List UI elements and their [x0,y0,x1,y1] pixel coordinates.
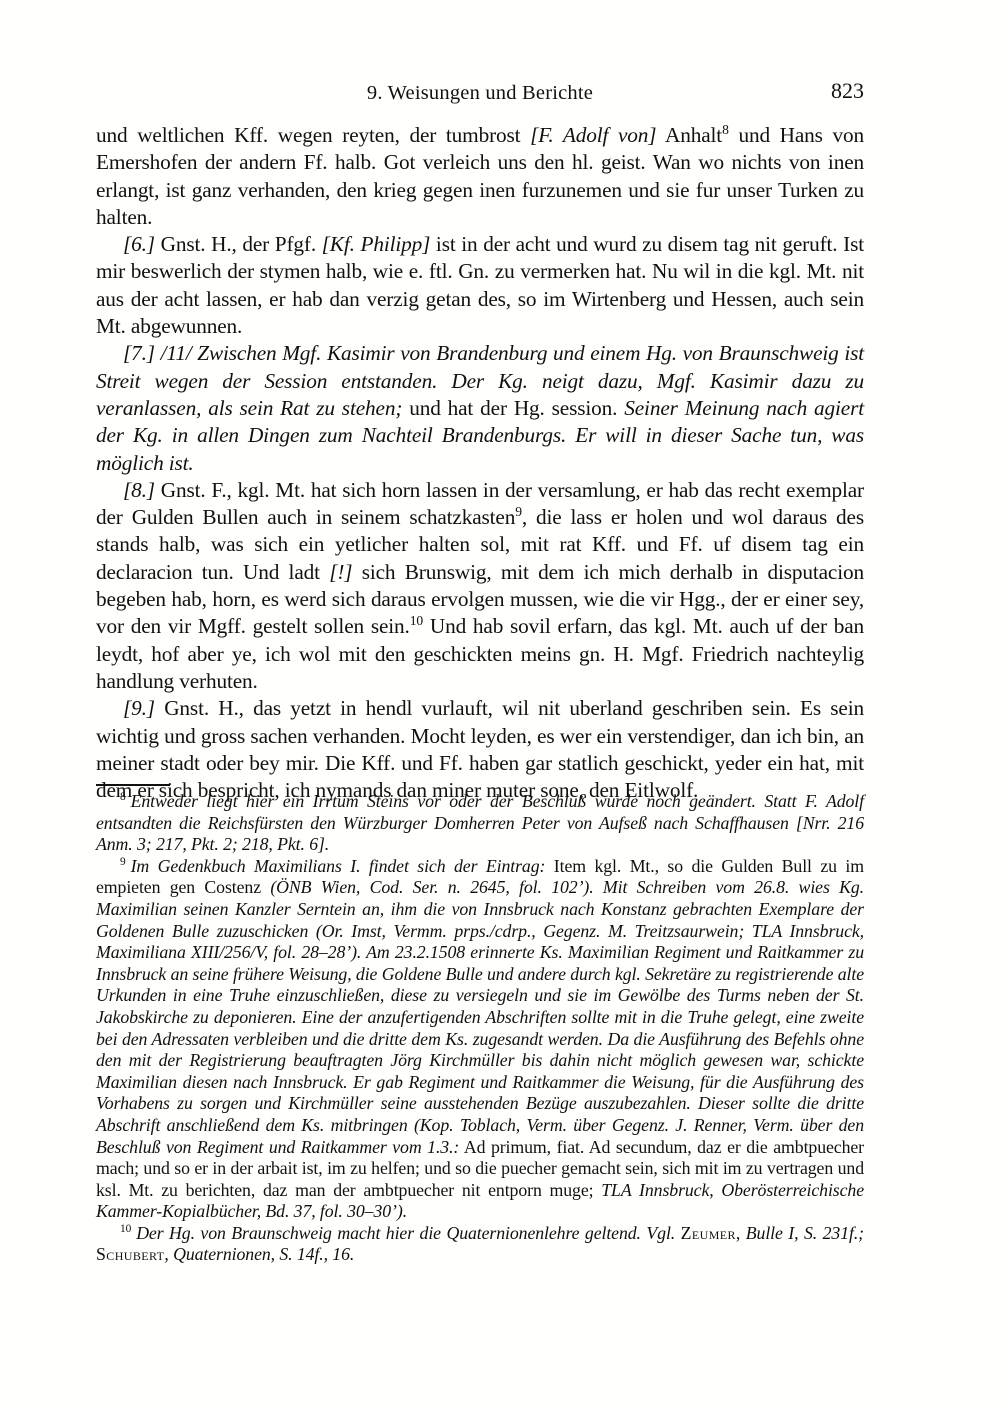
footnote-separator [96,784,170,786]
text-run: Schubert [96,1244,164,1264]
text-run: Gnst. H., das yetzt in hendl vurlauft, w… [96,696,864,802]
footnote-text: Entweder liegt hier ein Irrtum Steins vo… [96,791,864,854]
running-head: 9. Weisungen und Berichte 823 [96,80,864,106]
text-run: Gnst. H., der Pfgf. [155,232,322,256]
text-run: [Kf. Philipp] [322,232,431,256]
paragraph-6: [6.] Gnst. H., der Pfgf. [Kf. Philipp] i… [96,231,864,340]
paragraph-7: [7.] /11/ Zwischen Mgf. Kasimir von Bran… [96,340,864,476]
paragraph-8: [8.] Gnst. F., kgl. Mt. hat sich horn la… [96,477,864,695]
footnote-marker: 8 [120,791,126,803]
text-run: Zeumer [681,1223,736,1243]
text-run: [8.] [123,478,155,502]
main-text-block: und weltlichen Kff. wegen reyten, der tu… [96,122,864,804]
paragraph-9: [9.] Gnst. H., das yetzt in hendl vurlau… [96,695,864,804]
text-run: , [736,1223,746,1243]
footnote-10: 10Der Hg. von Braunschweig macht hier di… [96,1223,864,1266]
footnote-8: 8Entweder liegt hier ein Irrtum Steins v… [96,791,864,856]
text-run: Entweder liegt hier ein Irrtum Steins vo… [96,791,864,854]
text-run: Bulle I, S. 231f.; [746,1223,864,1243]
text-run: Der Hg. von Braunschweig macht hier die … [136,1223,680,1243]
text-run: und weltlichen Kff. wegen reyten, der tu… [96,123,530,147]
footnote-text: Der Hg. von Braunschweig macht hier die … [96,1223,864,1265]
section-title: 9. Weisungen und Berichte [96,80,864,106]
footnote-text: Im Gedenkbuch Maximilians I. findet sich… [96,856,864,1222]
text-run: [6.] [123,232,155,256]
footnote-marker: 9 [120,856,126,868]
footnote-9: 9Im Gedenkbuch Maximilians I. findet sic… [96,856,864,1223]
footnotes-block: 8Entweder liegt hier ein Irrtum Steins v… [96,791,864,1266]
text-run: [9.] [123,696,155,720]
text-run: (ÖNB Wien, Cod. Ser. n. 2645, fol. 102’)… [96,877,864,1156]
footnote-marker: 10 [120,1223,131,1235]
footnote-reference: 10 [410,613,423,628]
text-run: Anhalt [656,123,722,147]
text-run: [F. Adolf von] [530,123,656,147]
page-number: 823 [831,78,864,104]
text-run: [!] [329,560,352,584]
book-page: 9. Weisungen und Berichte 823 und weltli… [0,0,1004,1418]
text-run: , [164,1244,173,1264]
text-run: Im Gedenkbuch Maximilians I. findet sich… [131,856,546,876]
text-run: Quaternionen, S. 14f., 16. [173,1244,354,1264]
paragraph-continuation: und weltlichen Kff. wegen reyten, der tu… [96,122,864,231]
text-run: und hat der Hg. session. [402,396,624,420]
footnote-reference: 8 [722,122,729,137]
footnote-reference: 9 [515,504,522,519]
